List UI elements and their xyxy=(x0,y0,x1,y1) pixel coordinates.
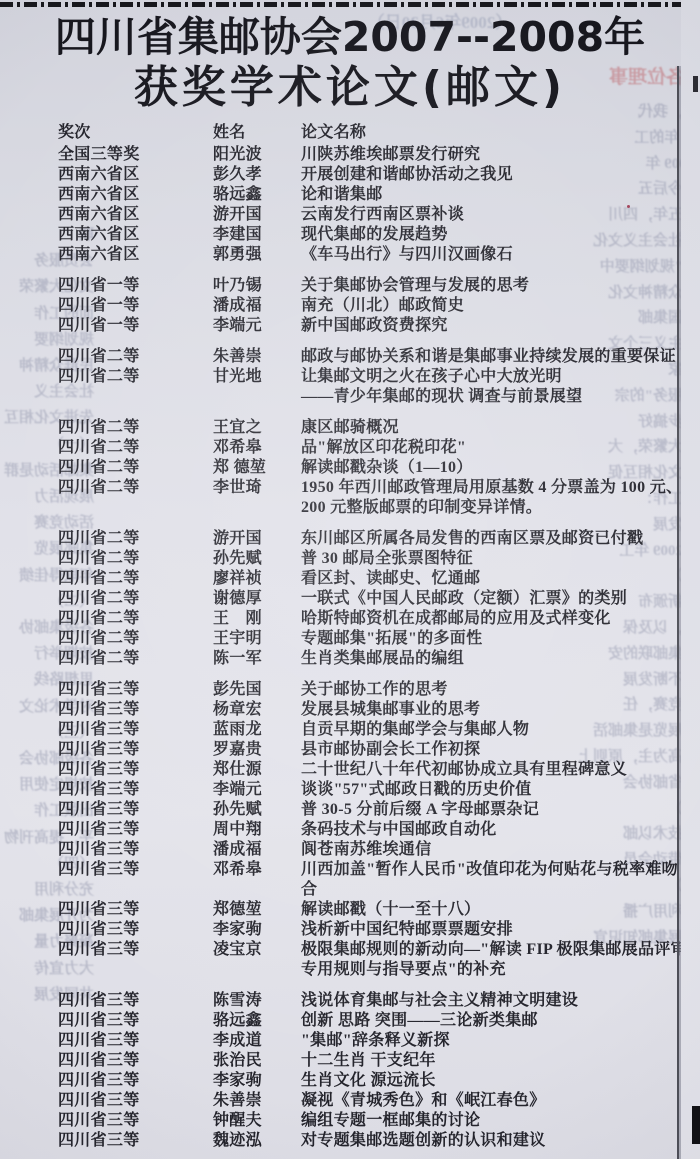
table-row: 四川省一等 李端元 新中国邮政资费探究 xyxy=(0,316,700,336)
name-cell: 朱善崇 xyxy=(213,347,301,367)
paper-title-cell: 普 30 邮局全张票图特征 xyxy=(301,549,694,569)
paper-title-cell: 十二生肖 干支纪年 xyxy=(301,1051,694,1071)
paper-title-cell: 浅说体育集邮与社会主义精神文明建设 xyxy=(301,991,694,1011)
top-dashed-border xyxy=(0,2,692,7)
table-row: 四川省三等 邓希皋 川西加盖"暂作人民币"改值印花为何贴花与税率难吻合 xyxy=(0,860,700,900)
table-row: 四川省二等 谢德厚 一联式《中国人民邮政（定额）汇票》的类别 xyxy=(0,589,700,609)
name-cell: 谢德厚 xyxy=(213,589,301,609)
paper-title-cell: 专题邮集"拓展"的多面性 xyxy=(301,629,694,649)
award-cell: 四川省二等 xyxy=(58,549,213,569)
award-cell: 西南六省区 xyxy=(58,165,213,185)
name-cell: 王 刚 xyxy=(213,609,301,629)
name-cell: 李建国 xyxy=(213,225,301,245)
table-row: 四川省三等 周中翔 条码技术与中国邮政自动化 xyxy=(0,820,700,840)
table-row: 四川省二等 廖祥祯 看区封、读邮史、忆通邮 xyxy=(0,569,700,589)
name-cell: 甘光地 xyxy=(213,367,301,407)
paper-title-cell: 普 30-5 分前后缀 A 字母邮票杂记 xyxy=(301,800,694,820)
paper-title-cell: 生肖文化 源远流长 xyxy=(301,1071,694,1091)
name-cell: 张治民 xyxy=(213,1051,301,1071)
table-row: 四川省三等 朱善崇 凝视《青城秀色》和《岷江春色》 xyxy=(0,1091,700,1111)
award-group: 全国三等奖 阳光波 川陕苏维埃邮票发行研究 西南六省区 彭久孝 开展创建和谐邮协… xyxy=(0,145,700,265)
award-cell: 四川省三等 xyxy=(58,860,213,900)
name-cell: 彭先国 xyxy=(213,680,301,700)
award-cell: 四川省三等 xyxy=(58,700,213,720)
paper-title-cell: 康区邮骑概况 xyxy=(301,418,694,438)
name-cell: 阳光波 xyxy=(213,145,301,165)
paper-title-cell: 《车马出行》与四川汉画像石 xyxy=(301,245,694,265)
name-cell: 潘成福 xyxy=(213,296,301,316)
table-row: 四川省三等 杨章宏 发展县城集邮事业的思考 xyxy=(0,700,700,720)
table-row: 四川省三等 魏迹泓 对专题集邮选题创新的认识和建议 xyxy=(0,1131,700,1151)
award-cell: 西南六省区 xyxy=(58,245,213,265)
award-cell: 四川省二等 xyxy=(58,649,213,669)
page-title-line1: 四川省集邮协会2007--2008年 xyxy=(0,13,700,61)
paper-title-cell: 生肖类集邮展品的编组 xyxy=(301,649,694,669)
award-group: 四川省三等 陈雪涛 浅说体育集邮与社会主义精神文明建设 四川省三等 骆远鑫 创新… xyxy=(0,991,700,1151)
name-cell: 李端元 xyxy=(213,780,301,800)
paper-title-cell: 川陕苏维埃邮票发行研究 xyxy=(301,145,694,165)
award-cell: 四川省一等 xyxy=(58,296,213,316)
award-cell: 四川省二等 xyxy=(58,418,213,438)
name-cell: 李端元 xyxy=(213,316,301,336)
award-cell: 四川省三等 xyxy=(58,1011,213,1031)
paper-title-cell: 凝视《青城秀色》和《岷江春色》 xyxy=(301,1091,694,1111)
header-award: 奖次 xyxy=(58,123,213,143)
paper-title-cell: 谈谈"57"式邮政日戳的历史价值 xyxy=(301,780,694,800)
name-cell: 郭勇强 xyxy=(213,245,301,265)
award-cell: 西南六省区 xyxy=(58,185,213,205)
award-cell: 四川省二等 xyxy=(58,367,213,407)
name-cell: 叶乃锡 xyxy=(213,276,301,296)
paper-title-cell: 邮政与邮协关系和谐是集邮事业持续发展的重要保证 xyxy=(301,347,694,367)
name-cell: 潘成福 xyxy=(213,840,301,860)
award-cell: 四川省二等 xyxy=(58,458,213,478)
name-cell: 王宜之 xyxy=(213,418,301,438)
paper-title-cell: 解读邮戳杂谈（1—10） xyxy=(301,458,694,478)
name-cell: 李成道 xyxy=(213,1031,301,1051)
table-row: 西南六省区 郭勇强 《车马出行》与四川汉画像石 xyxy=(0,245,700,265)
table-row: 四川省三等 潘成福 阆苍南苏维埃通信 xyxy=(0,840,700,860)
award-group: 四川省二等 王宜之 康区邮骑概况 四川省二等 邓希皋 品"解放区印花税印花" 四… xyxy=(0,418,700,518)
name-cell: 骆远鑫 xyxy=(213,185,301,205)
award-group: 四川省二等 游开国 东川邮区所属各局发售的西南区票及邮资已付戳 四川省二等 孙先… xyxy=(0,529,700,669)
page-title-line2: 获奖学术论文(邮文) xyxy=(0,61,700,115)
table-row: 四川省二等 李世琦 1950 年西川邮政管理局用原基数 4 分票盖为 100 元… xyxy=(0,478,700,518)
award-cell: 四川省三等 xyxy=(58,900,213,920)
table-row: 四川省三等 骆远鑫 创新 思路 突围——三论新类集邮 xyxy=(0,1011,700,1031)
table-row: 四川省三等 彭先国 关于邮协工作的思考 xyxy=(0,680,700,700)
name-cell: 周中翔 xyxy=(213,820,301,840)
paper-title-cell: 南充（川北）邮政简史 xyxy=(301,296,694,316)
name-cell: 李世琦 xyxy=(213,478,301,518)
table-row: 四川省三等 郑仕源 二十世纪八十年代初邮协成立具有里程碑意义 xyxy=(0,760,700,780)
paper-title-cell: 县市邮协副会长工作初探 xyxy=(301,740,694,760)
paper-title-cell: 云南发行西南区票补谈 xyxy=(301,205,694,225)
name-cell: 蓝雨龙 xyxy=(213,720,301,740)
award-cell: 四川省一等 xyxy=(58,276,213,296)
header-title: 论文名称 xyxy=(301,123,694,143)
table-row: 四川省三等 陈雪涛 浅说体育集邮与社会主义精神文明建设 xyxy=(0,991,700,1011)
paper-title-cell: 条码技术与中国邮政自动化 xyxy=(301,820,694,840)
table-row: 四川省二等 王宇明 专题邮集"拓展"的多面性 xyxy=(0,629,700,649)
table-row: 四川省一等 叶乃锡 关于集邮协会管理与发展的思考 xyxy=(0,276,700,296)
page-edge-strip xyxy=(681,0,700,1159)
name-cell: 李家驹 xyxy=(213,920,301,940)
table-row: 四川省三等 凌宝京 极限集邮规则的新动向—"解读 FIP 极限集邮展品评审专用规… xyxy=(0,940,700,980)
name-cell: 罗嘉贵 xyxy=(213,740,301,760)
name-cell: 魏迹泓 xyxy=(213,1131,301,1151)
name-cell: 王宇明 xyxy=(213,629,301,649)
name-cell: 钟醒夫 xyxy=(213,1111,301,1131)
award-cell: 四川省三等 xyxy=(58,1131,213,1151)
award-cell: 四川省三等 xyxy=(58,800,213,820)
table-row: 四川省二等 甘光地 让集邮文明之火在孩子心中大放光明 ——青少年集邮的现状 调查… xyxy=(0,367,700,407)
award-cell: 四川省三等 xyxy=(58,1051,213,1071)
name-cell: 凌宝京 xyxy=(213,940,301,980)
name-cell: 朱善崇 xyxy=(213,1091,301,1111)
table-row: 四川省三等 李成道 "集邮"辞条释义新探 xyxy=(0,1031,700,1051)
paper-title-cell: 看区封、读邮史、忆通邮 xyxy=(301,569,694,589)
table-row: 四川省三等 孙先赋 普 30-5 分前后缀 A 字母邮票杂记 xyxy=(0,800,700,820)
award-cell: 四川省三等 xyxy=(58,991,213,1011)
table-row: 四川省三等 李家驹 生肖文化 源远流长 xyxy=(0,1071,700,1091)
award-cell: 四川省三等 xyxy=(58,820,213,840)
table-row: 四川省三等 罗嘉贵 县市邮协副会长工作初探 xyxy=(0,740,700,760)
paper-title-cell: 关于集邮协会管理与发展的思考 xyxy=(301,276,694,296)
edge-ink-mark-top xyxy=(693,76,698,92)
award-cell: 四川省三等 xyxy=(58,1111,213,1131)
award-cell: 四川省二等 xyxy=(58,438,213,458)
name-cell: 陈一军 xyxy=(213,649,301,669)
edge-ink-mark-bottom xyxy=(692,1106,700,1144)
table-row: 四川省二等 王宜之 康区邮骑概况 xyxy=(0,418,700,438)
paper-title-cell: 新中国邮政资费探究 xyxy=(301,316,694,336)
name-cell: 彭久孝 xyxy=(213,165,301,185)
award-cell: 全国三等奖 xyxy=(58,145,213,165)
paper-title-cell: 一联式《中国人民邮政（定额）汇票》的类别 xyxy=(301,589,694,609)
name-cell: 邓希皋 xyxy=(213,438,301,458)
table-row: 四川省二等 郑 德堃 解读邮戳杂谈（1—10） xyxy=(0,458,700,478)
paper-title-cell: "集邮"辞条释义新探 xyxy=(301,1031,694,1051)
red-ink-speck xyxy=(627,205,630,208)
name-cell: 陈雪涛 xyxy=(213,991,301,1011)
table-row: 四川省二等 邓希皋 品"解放区印花税印花" xyxy=(0,438,700,458)
table-row: 四川省二等 朱善崇 邮政与邮协关系和谐是集邮事业持续发展的重要保证 xyxy=(0,347,700,367)
table-row: 四川省三等 郑德堃 解读邮戳（十一至十八） xyxy=(0,900,700,920)
award-cell: 四川省三等 xyxy=(58,740,213,760)
table-row: 四川省二等 陈一军 生肖类集邮展品的编组 xyxy=(0,649,700,669)
paper-title-cell: 极限集邮规则的新动向—"解读 FIP 极限集邮展品评审专用规则与指导要点"的补充 xyxy=(301,940,694,980)
paper-title-cell: 对专题集邮选题创新的认识和建议 xyxy=(301,1131,694,1151)
award-cell: 四川省三等 xyxy=(58,720,213,740)
page-fold-line xyxy=(677,66,679,1159)
name-cell: 孙先赋 xyxy=(213,549,301,569)
table-row: 四川省三等 李家驹 浅析新中国纪特邮票票题安排 xyxy=(0,920,700,940)
paper-title-cell: 创新 思路 突围——三论新类集邮 xyxy=(301,1011,694,1031)
table-row: 四川省三等 张治民 十二生肖 干支纪年 xyxy=(0,1051,700,1071)
name-cell: 郑仕源 xyxy=(213,760,301,780)
table-row: 西南六省区 游开国 云南发行西南区票补谈 xyxy=(0,205,700,225)
name-cell: 骆远鑫 xyxy=(213,1011,301,1031)
name-cell: 李家驹 xyxy=(213,1071,301,1091)
table-body: 全国三等奖 阳光波 川陕苏维埃邮票发行研究 西南六省区 彭久孝 开展创建和谐邮协… xyxy=(0,145,700,1151)
paper-title-cell: 关于邮协工作的思考 xyxy=(301,680,694,700)
table-row: 四川省三等 李端元 谈谈"57"式邮政日戳的历史价值 xyxy=(0,780,700,800)
award-cell: 西南六省区 xyxy=(58,205,213,225)
table-row: 全国三等奖 阳光波 川陕苏维埃邮票发行研究 xyxy=(0,145,700,165)
paper-title-cell: 川西加盖"暂作人民币"改值印花为何贴花与税率难吻合 xyxy=(301,860,694,900)
name-cell: 孙先赋 xyxy=(213,800,301,820)
table-row: 四川省二等 游开国 东川邮区所属各局发售的西南区票及邮资已付戳 xyxy=(0,529,700,549)
name-cell: 游开国 xyxy=(213,205,301,225)
paper-title-cell: 开展创建和谐邮协活动之我见 xyxy=(301,165,694,185)
award-cell: 四川省三等 xyxy=(58,1031,213,1051)
paper-title-cell: 现代集邮的发展趋势 xyxy=(301,225,694,245)
paper-title-cell: 论和谐集邮 xyxy=(301,185,694,205)
paper-title-cell: 解读邮戳（十一至十八） xyxy=(301,900,694,920)
table-row: 西南六省区 彭久孝 开展创建和谐邮协活动之我见 xyxy=(0,165,700,185)
table-row: 四川省一等 潘成福 南充（川北）邮政简史 xyxy=(0,296,700,316)
table-row: 四川省二等 孙先赋 普 30 邮局全张票图特征 xyxy=(0,549,700,569)
paper-title-cell: 浅析新中国纪特邮票票题安排 xyxy=(301,920,694,940)
scanned-page: 各位理事 （2009年6月30日） 下面，我代 2009 年的工 会 2009 … xyxy=(0,0,700,1159)
table-header-row: 奖次 姓名 论文名称 xyxy=(0,123,700,143)
table-row: 西南六省区 骆远鑫 论和谐集邮 xyxy=(0,185,700,205)
award-cell: 四川省三等 xyxy=(58,1091,213,1111)
award-cell: 四川省三等 xyxy=(58,840,213,860)
table-row: 四川省三等 钟醒夫 编组专题一框邮集的讨论 xyxy=(0,1111,700,1131)
award-group: 四川省三等 彭先国 关于邮协工作的思考 四川省三等 杨章宏 发展县城集邮事业的思… xyxy=(0,680,700,980)
paper-title-cell: 品"解放区印花税印花" xyxy=(301,438,694,458)
table-row: 西南六省区 李建国 现代集邮的发展趋势 xyxy=(0,225,700,245)
name-cell: 郑 德堃 xyxy=(213,458,301,478)
award-group: 四川省一等 叶乃锡 关于集邮协会管理与发展的思考 四川省一等 潘成福 南充（川北… xyxy=(0,276,700,336)
paper-title-cell: 东川邮区所属各局发售的西南区票及邮资已付戳 xyxy=(301,529,694,549)
award-cell: 四川省三等 xyxy=(58,920,213,940)
table-row: 四川省三等 蓝雨龙 自贡早期的集邮学会与集邮人物 xyxy=(0,720,700,740)
award-cell: 四川省三等 xyxy=(58,940,213,980)
award-cell: 四川省三等 xyxy=(58,680,213,700)
paper-title-cell: 阆苍南苏维埃通信 xyxy=(301,840,694,860)
name-cell: 廖祥祯 xyxy=(213,569,301,589)
paper-title-cell: 自贡早期的集邮学会与集邮人物 xyxy=(301,720,694,740)
award-cell: 四川省二等 xyxy=(58,569,213,589)
award-group: 四川省二等 朱善崇 邮政与邮协关系和谐是集邮事业持续发展的重要保证 四川省二等 … xyxy=(0,347,700,407)
award-cell: 四川省二等 xyxy=(58,347,213,367)
page-title: 四川省集邮协会2007--2008年 获奖学术论文(邮文) xyxy=(0,0,700,115)
name-cell: 郑德堃 xyxy=(213,900,301,920)
paper-title-cell: 编组专题一框邮集的讨论 xyxy=(301,1111,694,1131)
paper-title-cell: 让集邮文明之火在孩子心中大放光明 ——青少年集邮的现状 调查与前景展望 xyxy=(301,367,694,407)
award-cell: 四川省二等 xyxy=(58,478,213,518)
name-cell: 邓希皋 xyxy=(213,860,301,900)
award-cell: 四川省二等 xyxy=(58,629,213,649)
award-cell: 四川省一等 xyxy=(58,316,213,336)
award-cell: 四川省二等 xyxy=(58,589,213,609)
awards-table: 奖次 姓名 论文名称 全国三等奖 阳光波 川陕苏维埃邮票发行研究 西南六省区 彭… xyxy=(0,123,700,1151)
award-cell: 西南六省区 xyxy=(58,225,213,245)
award-cell: 四川省二等 xyxy=(58,529,213,549)
paper-title-cell: 二十世纪八十年代初邮协成立具有里程碑意义 xyxy=(301,760,694,780)
award-cell: 四川省三等 xyxy=(58,1071,213,1091)
award-cell: 四川省二等 xyxy=(58,609,213,629)
paper-title-cell: 哈斯特邮资机在成都邮局的应用及式样变化 xyxy=(301,609,694,629)
award-cell: 四川省三等 xyxy=(58,780,213,800)
award-cell: 四川省三等 xyxy=(58,760,213,780)
name-cell: 游开国 xyxy=(213,529,301,549)
header-name: 姓名 xyxy=(213,123,301,143)
paper-title-cell: 发展县城集邮事业的思考 xyxy=(301,700,694,720)
name-cell: 杨章宏 xyxy=(213,700,301,720)
paper-title-cell: 1950 年西川邮政管理局用原基数 4 分票盖为 100 元、200 元整版邮票… xyxy=(301,478,694,518)
table-row: 四川省二等 王 刚 哈斯特邮资机在成都邮局的应用及式样变化 xyxy=(0,609,700,629)
